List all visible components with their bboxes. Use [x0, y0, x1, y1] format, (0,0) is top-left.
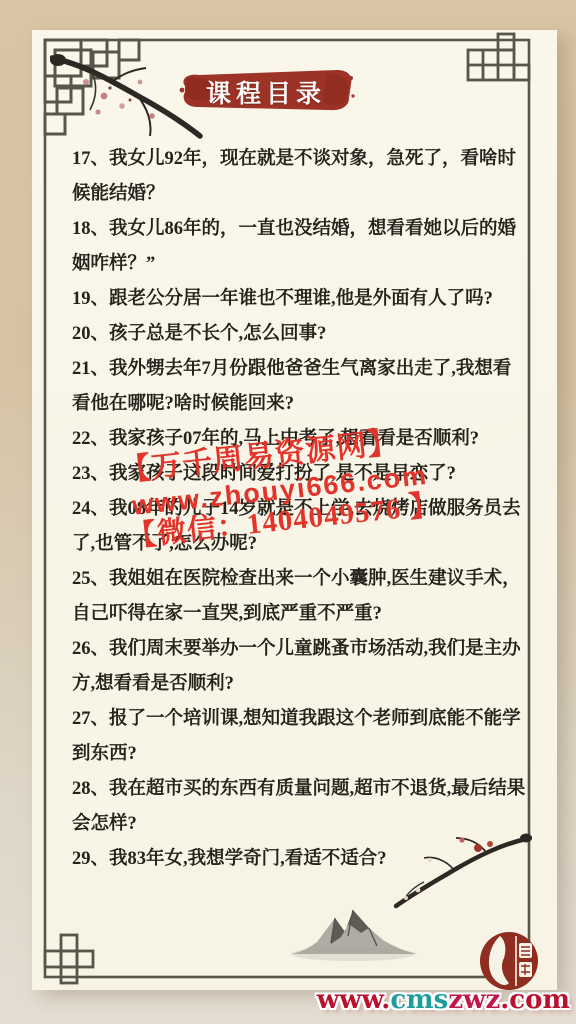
site-url: www.cmszwz.com	[317, 985, 570, 1015]
question-line: 候能结婚？	[72, 177, 530, 212]
question-line: 25、我姐姐在医院检查出来一个小囊肿,医生建议手术，	[72, 562, 530, 597]
seal-logo	[478, 930, 540, 992]
question-line: 24、我08年的儿子14岁就是不上学,去烧烤店做服务员去	[72, 492, 530, 527]
question-line: 到东西?	[72, 737, 530, 772]
site-url-segment: .com	[500, 985, 570, 1015]
site-url-segment: cms	[390, 985, 448, 1015]
ink-mountain-icon	[287, 902, 422, 964]
title-banner: 课程目录	[177, 66, 355, 114]
question-line: 18、我女儿86年的，一直也没结婚，想看看她以后的婚	[72, 212, 530, 247]
question-line: 姻咋样？”	[72, 247, 530, 282]
question-line: 17、我女儿92年，现在就是不谈对象，急死了，看啥时	[72, 142, 530, 177]
poster-page: 课程目录 17、我女儿92年，现在就是不谈对象，急死了，看啥时候能结婚？18、我…	[0, 0, 576, 1024]
course-card: 课程目录 17、我女儿92年，现在就是不谈对象，急死了，看啥时候能结婚？18、我…	[32, 30, 557, 990]
question-line: 28、我在超市买的东西有质量问题,超市不退货,最后结果	[72, 772, 530, 807]
lattice-corner-top-left	[45, 40, 139, 134]
question-list: 17、我女儿92年，现在就是不谈对象，急死了，看啥时候能结婚？18、我女儿86年…	[72, 142, 530, 877]
question-line: 会怎样?	[72, 807, 530, 842]
site-url-segment: zwz	[448, 985, 500, 1015]
question-line: 29、我83年女,我想学奇门,看适不适合?	[72, 842, 530, 877]
question-line: 21、我外甥去年7月份跟他爸爸生气离家出走了,我想看	[72, 352, 530, 387]
question-line: 方,想看看是否顺利?	[72, 667, 530, 702]
lattice-corner-bottom-left	[45, 935, 93, 983]
site-url-segment: www.	[317, 985, 391, 1015]
question-line: 19、跟老公分居一年谁也不理谁,他是外面有人了吗?	[72, 282, 530, 317]
question-line: 22、我家孩子07年的,马上中考了,想看看是否顺利?	[72, 422, 530, 457]
question-line: 了,也管不了,怎么办呢?	[72, 527, 530, 562]
question-line: 23、我家孩子这段时间爱打扮了,是不是早恋了?	[72, 457, 530, 492]
question-line: 看他在哪呢?啥时候能回来?	[72, 387, 530, 422]
banner-title: 课程目录	[177, 74, 355, 110]
question-line: 自己吓得在家一直哭,到底严重不严重?	[72, 597, 530, 632]
question-line: 26、我们周末要举办一个儿童跳蚤市场活动,我们是主办	[72, 632, 530, 667]
question-line: 20、孩子总是不长个,怎么回事?	[72, 317, 530, 352]
lattice-corner-top-right	[468, 34, 529, 80]
question-line: 27、报了一个培训课,想知道我跟这个老师到底能不能学	[72, 702, 530, 737]
